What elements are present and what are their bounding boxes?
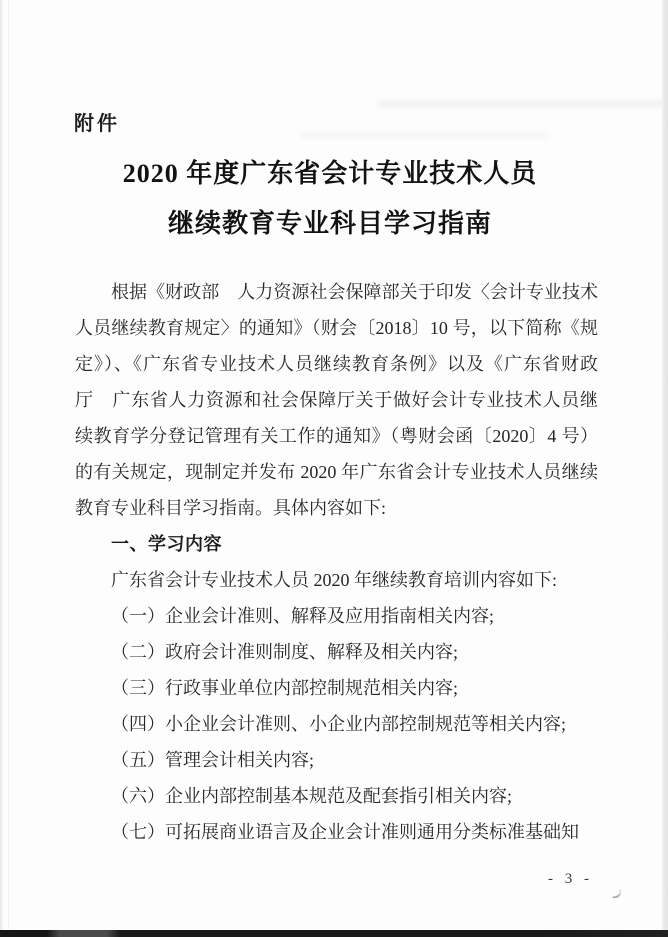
list-item: （四）小企业会计准则、小企业内部控制规范等相关内容;	[75, 706, 598, 742]
scan-streak-artifact	[300, 133, 550, 138]
scan-right-edge	[662, 0, 668, 937]
list-item: （六）企业内部控制基本规范及配套指引相关内容;	[75, 778, 598, 814]
scan-speck-artifact	[611, 889, 621, 898]
paragraph-line: 根据《财政部 人力资源社会保障部关于印发〈会计专业技术	[75, 274, 598, 310]
attachment-label: 附件	[74, 107, 120, 136]
list-item: （七）可拓展商业语言及企业会计准则通用分类标准基础知	[75, 814, 598, 850]
paragraph-line: 续教育学分登记管理有关工作的通知》（粤财会函〔2020〕4 号）	[75, 418, 598, 454]
scan-bottom-edge	[0, 930, 668, 937]
title-line-1: 2020 年度广东省会计专业技术人员	[0, 149, 660, 199]
document-title: 2020 年度广东省会计专业技术人员 继续教育专业科目学习指南	[0, 149, 660, 249]
paragraph-line: 的有关规定，现制定并发布 2020 年广东省会计专业技术人员继续	[75, 454, 598, 490]
list-item: （一）企业会计准则、解释及应用指南相关内容;	[75, 598, 598, 634]
list-item: （三）行政事业单位内部控制规范相关内容;	[75, 670, 598, 706]
list-item: （二）政府会计准则制度、解释及相关内容;	[75, 634, 598, 670]
scan-left-edge-line	[8, 0, 9, 937]
list-item: （五）管理会计相关内容;	[75, 742, 598, 778]
document-body: 根据《财政部 人力资源社会保障部关于印发〈会计专业技术 人员继续教育规定〉的通知…	[75, 274, 598, 850]
paragraph-line: 厅 广东省人力资源和社会保障厅关于做好会计专业技术人员继	[75, 382, 598, 418]
scan-left-edge	[0, 0, 3, 937]
scan-speck-artifact	[575, 294, 578, 298]
page-number: - 3 -	[548, 871, 593, 888]
paragraph-line: 定》）、《广东省专业技术人员继续教育条例》以及《广东省财政	[75, 346, 598, 382]
section-intro-line: 广东省会计专业技术人员 2020 年继续教育培训内容如下:	[75, 562, 598, 598]
title-line-2: 继续教育专业科目学习指南	[0, 199, 660, 249]
paragraph-line: 人员继续教育规定〉的通知》（财会〔2018〕10 号，以下简称《规	[75, 310, 598, 346]
scan-streak-artifact	[378, 100, 668, 107]
section-heading: 一、学习内容	[75, 526, 598, 562]
paragraph-line: 教育专业科目学习指南。具体内容如下:	[75, 490, 598, 526]
scanned-document-page: 附件 2020 年度广东省会计专业技术人员 继续教育专业科目学习指南 根据《财政…	[0, 0, 668, 937]
